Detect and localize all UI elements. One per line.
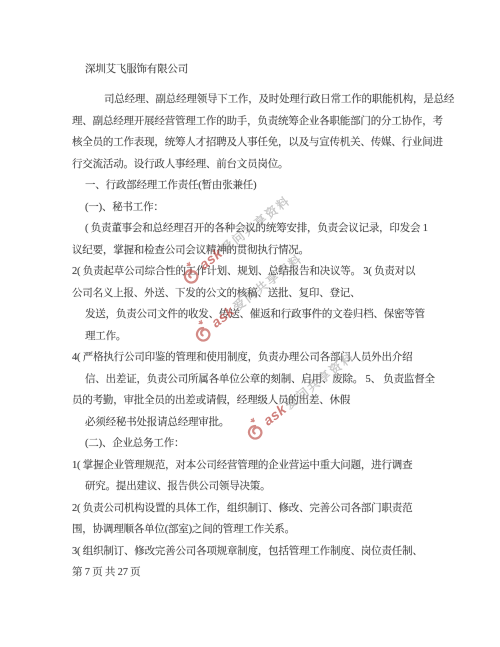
text-line: 1( 掌握企业管理规范，对本公司经营管理的企业营运中重大问题，进行调查 (0, 455, 500, 477)
company-title: 深圳艾飞服饰有限公司 (0, 61, 500, 89)
text-line: 发送，负责公司文件的收发、传送、催返和行政事件的文卷归档、保密等管 (0, 304, 500, 326)
document-page: 深圳艾飞服饰有限公司 司总经理、副总经理领导下工作，及时处理行政日常工作的职能机… (0, 0, 500, 647)
page-footer: 第 7 页 共 27 页 (0, 562, 500, 584)
text-line: 司总经理、副总经理领导下工作，及时处理行政日常工作的职能机构，是总经 (0, 89, 500, 111)
text-line: 理、副总经理开展经营管理工作的助手，负责统筹企业各职能部门的分工协作，考 (0, 111, 500, 133)
text-line: 4( 严格执行公司印鉴的管理和使用制度，负责办理公司各部门人员外出介绍 (0, 347, 500, 369)
text-line: 行交流活动。设行政人事经理、前台文员岗位。 (0, 154, 500, 176)
text-line: 公司名义上报、外送、下发的公文的核稿、送批、复印、登记、 (0, 283, 500, 305)
text-line: 必须经秘书处报请总经理审批。 (0, 412, 500, 434)
text-line: 核全员的工作表现，统筹人才招聘及人事任免，以及与宣传机关、传媒、行业间进 (0, 132, 500, 154)
text-line: 员的考勤，审批全员的出差或请假，经理级人员的出差、休假 (0, 390, 500, 412)
text-line: 议纪要，掌握和检查公司会议精神的贯彻执行情况。 (0, 240, 500, 262)
text-line: 理工作。 (0, 326, 500, 348)
subsection-heading: (一)、秘书工作： (0, 197, 500, 219)
text-line: 2( 负责起草公司综合性的工作计划、规划、总结报告和决议等。 3( 负责对以 (0, 261, 500, 283)
text-line: 3( 组织制订、修改完善公司各项规章制度，包括管理工作制度、岗位责任制、 (0, 541, 500, 563)
text-line: 研究。提出建议、报告供公司领导决策。 (0, 476, 500, 498)
document-body: 深圳艾飞服饰有限公司 司总经理、副总经理领导下工作，及时处理行政日常工作的职能机… (0, 61, 500, 584)
text-line: 2( 负责公司机构设置的具体工作，组织制订、修改、完善公司各部门职责范 (0, 498, 500, 520)
subsection-heading: (二)、企业总务工作： (0, 433, 500, 455)
section-heading: 一、行政部经理工作责任(暂由张兼任) (0, 175, 500, 197)
text-line: 围，协调理顺各单位(部室)之间的管理工作关系。 (0, 519, 500, 541)
text-line: ( 负责董事会和总经理召开的各种会议的统筹安排，负责会议记录，印发会 1 (0, 218, 500, 240)
text-line: 信、出差证，负责公司所属各单位公章的刻制、启用、废除。 5、 负责监督全 (0, 369, 500, 391)
